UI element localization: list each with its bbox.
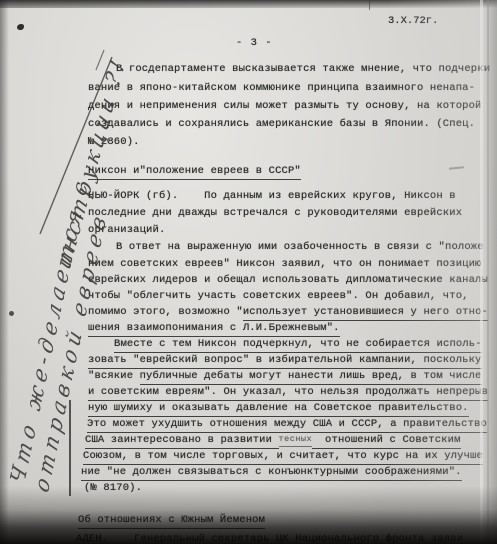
typed-line: дения и неприменения силы может размыть … xyxy=(88,100,482,112)
typed-text: АДЕН. Генеральный секретарь ЦК Националь… xyxy=(76,533,463,544)
typed-line: В госдепартаменте высказывается также мн… xyxy=(116,63,490,75)
typed-line: ную шумиху и оказывать давление на Совет… xyxy=(88,402,469,414)
typed-text: вание в японо-китайском коммюнике принци… xyxy=(88,82,475,94)
underlined-text: публичные дебаты могут нанести лишь вред… xyxy=(140,370,482,385)
fold-mark xyxy=(369,0,370,10)
underlined-text: ную шумиху и оказывать давление на Совет… xyxy=(88,402,469,417)
typed-text: последние дни дважды встречался с руково… xyxy=(88,207,462,219)
typed-line: чтобы "облегчить участь советских евреев… xyxy=(88,290,469,302)
underlined-text: Никсон и"положение евреев в СССР" xyxy=(88,165,301,180)
typed-line: Никсон и"положение евреев в СССР" xyxy=(88,165,301,177)
typed-line: "всякие публичные дебаты могут нанести л… xyxy=(88,370,482,382)
underlined-text: Об отношениях с Южным Йеменом xyxy=(78,514,265,529)
underlined-text: Вместе с тем Никсон подчеркнул, что не с… xyxy=(114,338,482,353)
typed-text: создавались и сохранялись американские б… xyxy=(88,118,475,130)
typed-line: (№ 8170). xyxy=(84,482,142,494)
page-number: - 3 - xyxy=(236,37,273,49)
typed-line: В ответ на выраженную ими озабоченность … xyxy=(116,241,484,253)
typed-text: В ответ на выраженную ими озабоченность … xyxy=(116,241,484,253)
document-date: 3.Х.72г. xyxy=(388,15,438,27)
typed-text: (№ 8170). xyxy=(84,482,142,494)
typed-text: чтобы "облегчить участь советских евреев… xyxy=(88,290,469,302)
typed-line: нием советских евреев" Никсон заявил, чт… xyxy=(88,258,482,270)
underlined-text: использует установившиеся у него отно- xyxy=(243,306,488,321)
underlined-text: и советским евреям". Он указал, что нель… xyxy=(88,386,488,401)
underlined-text: Союзом, в том числе торговых, и считает,… xyxy=(83,450,483,465)
typed-line: НЬЮ-ЙОРК (гб). По данным из еврейских кр… xyxy=(88,190,456,202)
typed-line: зовать "еврейский вопрос" в избирательно… xyxy=(88,354,482,366)
typed-text: "всякие xyxy=(88,370,140,382)
typed-line: еврейских лидеров и обещал использовать … xyxy=(88,274,488,286)
typed-line: последние дни дважды встречался с руково… xyxy=(88,207,462,219)
typed-text: НЬЮ-ЙОРК (гб). По данным из еврейских кр… xyxy=(88,190,456,202)
underlined-text: тесных xyxy=(279,434,313,447)
typed-line: шения взаимопонимания с Л.И.Брежневым". xyxy=(88,322,340,334)
underlined-text: отношений с Советским xyxy=(312,434,460,449)
typed-line: создавались и сохранялись американские б… xyxy=(88,118,475,130)
typed-line: ние "не должен связываться с конъюнктурн… xyxy=(81,466,462,478)
typed-line: Вместе с тем Никсон подчеркнул, что не с… xyxy=(114,338,482,350)
underlined-text: Это может ухудшить отношения между США и… xyxy=(87,418,487,433)
typed-text: дения и неприменения силы может размыть … xyxy=(88,100,482,112)
typed-text: В госдепартаменте высказывается также мн… xyxy=(116,63,490,75)
typed-text: еврейских лидеров и обещал использовать … xyxy=(88,274,488,286)
scanned-document-page: В госдепартаменте высказывается также мн… xyxy=(0,0,497,544)
typed-text: нием советских евреев" Никсон заявил, чт… xyxy=(88,258,482,270)
typed-text: помимо этого, возможно " xyxy=(88,306,243,318)
typed-line: Это может ухудшить отношения между США и… xyxy=(87,418,487,430)
underlined-text: шения взаимопонимания с Л.И.Брежневым". xyxy=(88,322,340,337)
margin-emphasis-line xyxy=(69,400,71,496)
typed-line: вание в японо-китайском коммюнике принци… xyxy=(88,82,475,94)
ink-speck xyxy=(9,311,14,316)
typed-line: Союзом, в том числе торговых, и считает,… xyxy=(83,450,483,462)
typed-line: помимо этого, возможно "использует устан… xyxy=(88,306,488,318)
underlined-text: зовать "еврейский вопрос" в избирательно… xyxy=(88,354,482,369)
typed-line: АДЕН. Генеральный секретарь ЦК Националь… xyxy=(76,533,463,544)
typed-line: США заинтересовано в развитии тесных отн… xyxy=(85,434,461,446)
typed-line: Об отношениях с Южным Йеменом xyxy=(78,514,265,526)
underlined-text: ние "не должен связываться с конъюнктурн… xyxy=(81,466,462,481)
underlined-text: США заинтересовано в развитии xyxy=(85,434,279,449)
typed-line: и советским евреям". Он указал, что нель… xyxy=(88,386,488,398)
